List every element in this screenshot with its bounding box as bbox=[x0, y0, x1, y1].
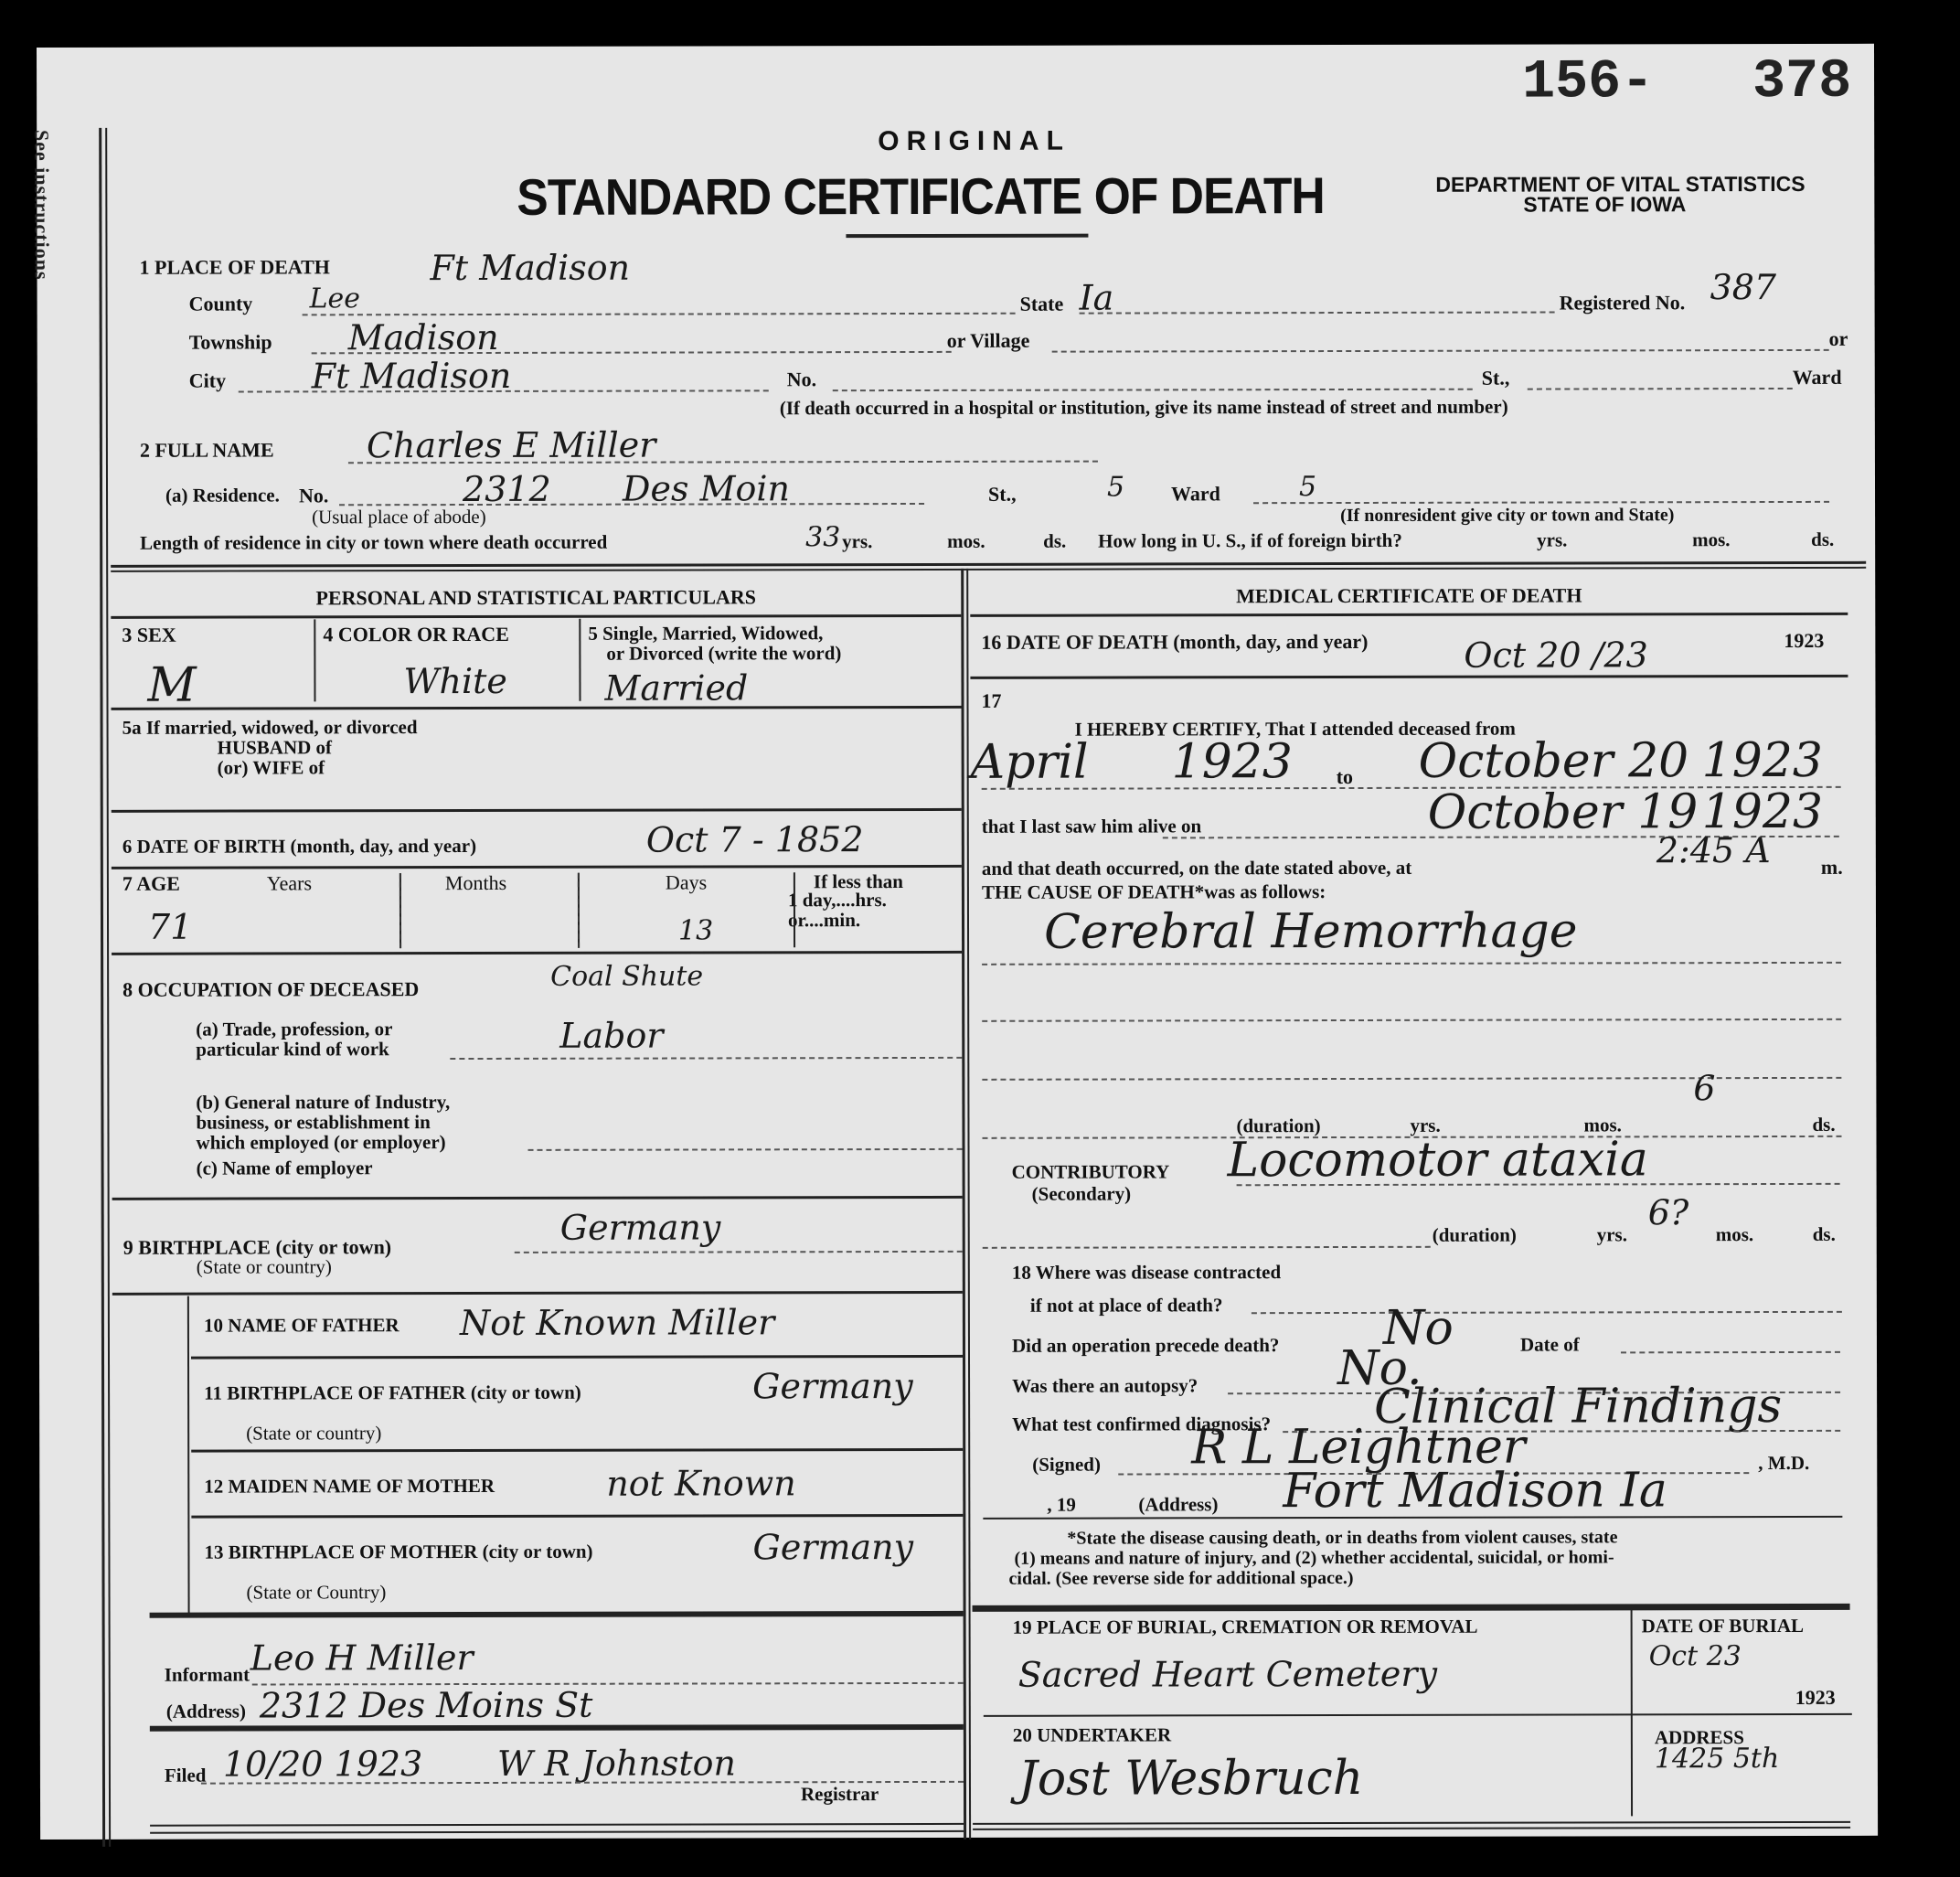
contributory-label: CONTRIBUTORY bbox=[1012, 1160, 1170, 1183]
dod-label: 16 DATE OF DEATH (month, day, and year) bbox=[981, 630, 1368, 655]
filed-value: 10/20 1923 bbox=[223, 1744, 422, 1784]
registered-no-value: 387 bbox=[1710, 267, 1777, 307]
md-label: , M.D. bbox=[1758, 1452, 1809, 1475]
length-of-residence-label: Length of residence in city or town wher… bbox=[140, 531, 607, 555]
sex-value: M bbox=[147, 658, 196, 713]
cause-line-2 bbox=[982, 1018, 1841, 1022]
undertaker-value: Jost Wesbruch bbox=[1018, 1751, 1363, 1807]
abode-note: (Usual place of abode) bbox=[312, 506, 486, 528]
residence-ward-value: 5 bbox=[1299, 471, 1316, 503]
autopsy-label: Was there an autopsy? bbox=[1012, 1374, 1198, 1397]
file-stamp: 156- 378 bbox=[1522, 51, 1851, 114]
race-label: 4 COLOR OR RACE bbox=[323, 623, 509, 646]
trade-value: Labor bbox=[559, 1016, 663, 1056]
city-label: City bbox=[189, 369, 226, 393]
residence-label: (a) Residence. bbox=[165, 484, 280, 507]
race-value: White bbox=[403, 661, 507, 701]
nonresident-note: (If nonresident give city or town and St… bbox=[1340, 505, 1674, 527]
last-saw-label: that I last saw him alive on bbox=[982, 815, 1201, 838]
length-mos: mos. bbox=[947, 530, 985, 553]
township-label: Township bbox=[189, 330, 272, 354]
rule-dob bbox=[112, 808, 962, 813]
place-of-death-label: 1 PLACE OF DEATH bbox=[139, 255, 329, 279]
contrib-duration-yrs-value: 6? bbox=[1648, 1192, 1689, 1232]
rule-17 bbox=[970, 675, 1848, 679]
foreign-label: How long in U. S., if of foreign birth? bbox=[1098, 529, 1402, 553]
contrib-duration-mos: mos. bbox=[1716, 1223, 1753, 1246]
rule-5a bbox=[112, 706, 962, 710]
full-name-line bbox=[348, 461, 1098, 464]
father-name-value: Not Known Miller bbox=[460, 1302, 774, 1343]
industry-label-3: which employed (or employer) bbox=[196, 1131, 445, 1155]
state-label: State bbox=[1020, 293, 1064, 316]
employer-label: (c) Name of employer bbox=[197, 1157, 373, 1179]
father-birthplace-value: Germany bbox=[752, 1366, 913, 1406]
birthplace-value: Germany bbox=[560, 1207, 721, 1247]
contributory-value: Locomotor ataxia bbox=[1227, 1132, 1647, 1188]
occupation-label: 8 OCCUPATION OF DECEASED bbox=[122, 977, 419, 1002]
rule-filed bbox=[150, 1724, 964, 1732]
trade-line bbox=[450, 1057, 962, 1060]
footnote-line-2: (1) means and nature of injury, and (2) … bbox=[1014, 1547, 1614, 1569]
mother-birthplace-sub: (State or Country) bbox=[247, 1581, 387, 1604]
operation-date-line bbox=[1621, 1351, 1840, 1354]
footnote-line-1: *State the disease causing death, or in … bbox=[1067, 1527, 1617, 1549]
rule-bottom-left bbox=[150, 1823, 964, 1827]
time-value: 2:45 A bbox=[1656, 830, 1771, 870]
spouse-label-3: (or) WIFE of bbox=[218, 756, 325, 779]
rule-undertaker bbox=[984, 1713, 1852, 1717]
where-contracted-line bbox=[1252, 1311, 1842, 1314]
residence-st-value: 5 bbox=[1107, 472, 1124, 504]
mother-birthplace-value: Germany bbox=[752, 1527, 913, 1567]
mother-name-value: not Known bbox=[606, 1463, 796, 1503]
township-line bbox=[312, 351, 952, 354]
page-title: STANDARD CERTIFICATE OF DEATH bbox=[517, 165, 1325, 227]
cause-duration-mos-value: 6 bbox=[1693, 1068, 1715, 1108]
dept-line-2: STATE OF IOWA bbox=[1523, 192, 1686, 217]
street-st-label: St., bbox=[1482, 367, 1510, 390]
rule-sex-race bbox=[314, 619, 315, 701]
age-divider-3 bbox=[794, 872, 795, 947]
residence-ward-label: Ward bbox=[1171, 482, 1220, 506]
hospital-note: (If death occurred in a hospital or inst… bbox=[780, 396, 1508, 421]
rule-footnote bbox=[983, 1516, 1842, 1520]
less-than-3: or....min. bbox=[788, 909, 860, 932]
birthplace-line bbox=[515, 1251, 963, 1253]
residence-ward-line bbox=[1253, 501, 1829, 504]
occupation-value: Coal Shute bbox=[550, 960, 703, 992]
age-divider-1 bbox=[399, 873, 401, 948]
village-line bbox=[1052, 349, 1829, 353]
foreign-ds: ds. bbox=[1811, 528, 1834, 551]
burial-date-year: 1923 bbox=[1795, 1686, 1836, 1710]
county-label: County bbox=[189, 293, 253, 316]
contrib-duration-ds: ds. bbox=[1813, 1223, 1836, 1246]
side-note-text: See instructions bbox=[29, 130, 53, 281]
sex-label: 3 SEX bbox=[122, 624, 176, 647]
secondary-label: (Secondary) bbox=[1032, 1182, 1132, 1205]
village-label: or Village bbox=[947, 329, 1030, 353]
registered-no-label: Registered No. bbox=[1560, 291, 1686, 315]
age-days-label: Days bbox=[666, 870, 707, 894]
undertaker-label: 20 UNDERTAKER bbox=[1013, 1723, 1171, 1746]
age-years-value: 71 bbox=[148, 907, 192, 947]
registrar-signature: W R Johnston bbox=[497, 1743, 736, 1784]
length-ds: ds. bbox=[1043, 530, 1066, 553]
parents-inner-border bbox=[187, 1296, 190, 1616]
cause-line-1 bbox=[982, 962, 1841, 965]
residence-st-label: St., bbox=[988, 483, 1017, 507]
father-birthplace-label: 11 BIRTHPLACE OF FATHER (city or town) bbox=[204, 1381, 581, 1405]
rule-father-bp bbox=[191, 1355, 963, 1360]
stamp-right: 378 bbox=[1752, 51, 1851, 113]
dod-value: Oct 20 /23 bbox=[1464, 635, 1647, 675]
burial-date-label: DATE OF BURIAL bbox=[1642, 1615, 1804, 1637]
ward-label: Ward bbox=[1793, 366, 1842, 389]
operation-label: Did an operation precede death? bbox=[1012, 1334, 1280, 1358]
to-label: to bbox=[1337, 765, 1353, 789]
street-line bbox=[833, 389, 1473, 391]
column-divider bbox=[961, 569, 966, 1840]
place-value: Ft Madison bbox=[430, 248, 630, 288]
rule-medical bbox=[970, 613, 1848, 617]
marital-label-2: or Divorced (write the word) bbox=[606, 642, 841, 666]
section-divider-top-2 bbox=[111, 567, 1866, 572]
ward-line bbox=[1528, 388, 1793, 390]
street-no-label: No. bbox=[787, 368, 816, 391]
length-yrs: yrs. bbox=[842, 530, 872, 553]
informant-label: Informant bbox=[165, 1664, 250, 1687]
personal-section-title: PERSONAL AND STATISTICAL PARTICULARS bbox=[111, 585, 961, 611]
father-name-label: 10 NAME OF FATHER bbox=[204, 1314, 399, 1337]
rule-bottom-right bbox=[973, 1821, 1850, 1825]
state-line bbox=[1080, 312, 1555, 315]
county-value: Lee bbox=[310, 283, 361, 315]
industry-line bbox=[528, 1148, 963, 1151]
rule-father bbox=[112, 1291, 963, 1296]
trade-label-2: particular kind of work bbox=[196, 1038, 389, 1061]
filed-label: Filed bbox=[165, 1765, 207, 1787]
where-contracted-label-2: if not at place of death? bbox=[1030, 1294, 1223, 1317]
sign-year-prefix: , 19 bbox=[1047, 1494, 1076, 1517]
rule-personal bbox=[111, 614, 961, 619]
father-birthplace-sub: (State or country) bbox=[246, 1422, 381, 1445]
county-line bbox=[303, 313, 1016, 316]
original-label: ORIGINAL bbox=[878, 126, 1071, 157]
cause-label: THE CAUSE OF DEATH*was as follows: bbox=[982, 880, 1326, 904]
informant-value: Leo H Miller bbox=[250, 1637, 474, 1679]
rule-age bbox=[112, 865, 962, 869]
foreign-yrs: yrs. bbox=[1537, 528, 1567, 551]
contrib-duration-line bbox=[983, 1246, 1431, 1249]
rule-bottom-left-2 bbox=[150, 1830, 964, 1834]
burial-place-value: Sacred Heart Cemetery bbox=[1018, 1654, 1437, 1695]
mother-birthplace-label: 13 BIRTHPLACE OF MOTHER (city or town) bbox=[204, 1541, 592, 1564]
time-suffix: m. bbox=[1821, 856, 1843, 880]
burial-divider bbox=[1631, 1609, 1633, 1816]
length-of-residence-value: 33 bbox=[805, 521, 840, 553]
attended-from-year: 1923 bbox=[1172, 734, 1293, 789]
marital-value: Married bbox=[604, 667, 748, 708]
or-label: or bbox=[1829, 327, 1848, 351]
rule-mother-bp bbox=[191, 1514, 963, 1519]
attended-from-value: April bbox=[971, 735, 1089, 790]
attended-to-value: October 20 bbox=[1419, 733, 1689, 789]
death-certificate: See instructions 156- 378 ORIGINAL STAND… bbox=[37, 44, 1878, 1840]
rule-burial bbox=[973, 1604, 1850, 1612]
foreign-mos: mos. bbox=[1692, 528, 1730, 551]
full-name-value: Charles E Miller bbox=[367, 425, 656, 466]
left-border-inner bbox=[105, 128, 111, 1847]
cause-value: Cerebral Hemorrhage bbox=[1044, 903, 1578, 959]
medical-section-title: MEDICAL CERTIFICATE OF DEATH bbox=[970, 583, 1848, 609]
rule-birthplace bbox=[112, 1196, 963, 1200]
operation-date-label: Date of bbox=[1520, 1333, 1580, 1356]
age-label: 7 AGE bbox=[122, 872, 180, 896]
cause-duration-ds: ds. bbox=[1812, 1114, 1835, 1136]
dob-label: 6 DATE OF BIRTH (month, day, and year) bbox=[122, 835, 476, 859]
left-border bbox=[99, 128, 105, 1847]
dob-value: Oct 7 - 1852 bbox=[646, 819, 864, 859]
footnote-line-3: cidal. (See reverse side for additional … bbox=[1008, 1568, 1353, 1590]
age-years-label: Years bbox=[267, 871, 312, 895]
birthplace-sub: (State or country) bbox=[197, 1255, 332, 1278]
rule-bottom-right-2 bbox=[973, 1827, 1850, 1830]
informant-address-label: (Address) bbox=[166, 1701, 246, 1723]
rule-informant bbox=[150, 1611, 964, 1618]
item-17-label: 17 bbox=[981, 689, 1001, 713]
doctor-address-label: (Address) bbox=[1138, 1493, 1218, 1516]
age-months-label: Months bbox=[445, 871, 506, 895]
full-name-label: 2 FULL NAME bbox=[140, 438, 274, 462]
contrib-duration-label: (duration) bbox=[1433, 1224, 1517, 1247]
age-days-value: 13 bbox=[678, 914, 713, 946]
time-label: and that death occurred, on the date sta… bbox=[982, 857, 1411, 880]
registrar-label: Registrar bbox=[801, 1783, 879, 1806]
title-rule bbox=[846, 234, 1088, 239]
contrib-duration-yrs: yrs. bbox=[1597, 1223, 1627, 1246]
stamp-left: 156- bbox=[1522, 51, 1654, 113]
rule-occupation bbox=[112, 951, 962, 955]
mother-name-label: 12 MAIDEN NAME OF MOTHER bbox=[204, 1475, 495, 1498]
dod-year: 1923 bbox=[1784, 629, 1824, 653]
burial-place-label: 19 PLACE OF BURIAL, CREMATION OR REMOVAL bbox=[1013, 1616, 1478, 1639]
doctor-address-value: Fort Madison Ia bbox=[1283, 1463, 1667, 1519]
burial-date-value: Oct 23 bbox=[1649, 1640, 1742, 1672]
residence-no-label: No. bbox=[299, 484, 328, 507]
rule-mother bbox=[191, 1448, 963, 1453]
side-instructions-note: See instructions bbox=[29, 130, 70, 368]
informant-address-value: 2312 Des Moins St bbox=[260, 1685, 593, 1726]
attended-to-year: 1923 bbox=[1702, 733, 1823, 788]
signed-label: (Signed) bbox=[1032, 1454, 1101, 1477]
age-divider-2 bbox=[578, 873, 580, 948]
undertaker-address-value: 1425 5th bbox=[1655, 1743, 1779, 1775]
where-contracted-label-1: 18 Where was disease contracted bbox=[1012, 1261, 1281, 1285]
rule-race-marital bbox=[579, 619, 581, 701]
